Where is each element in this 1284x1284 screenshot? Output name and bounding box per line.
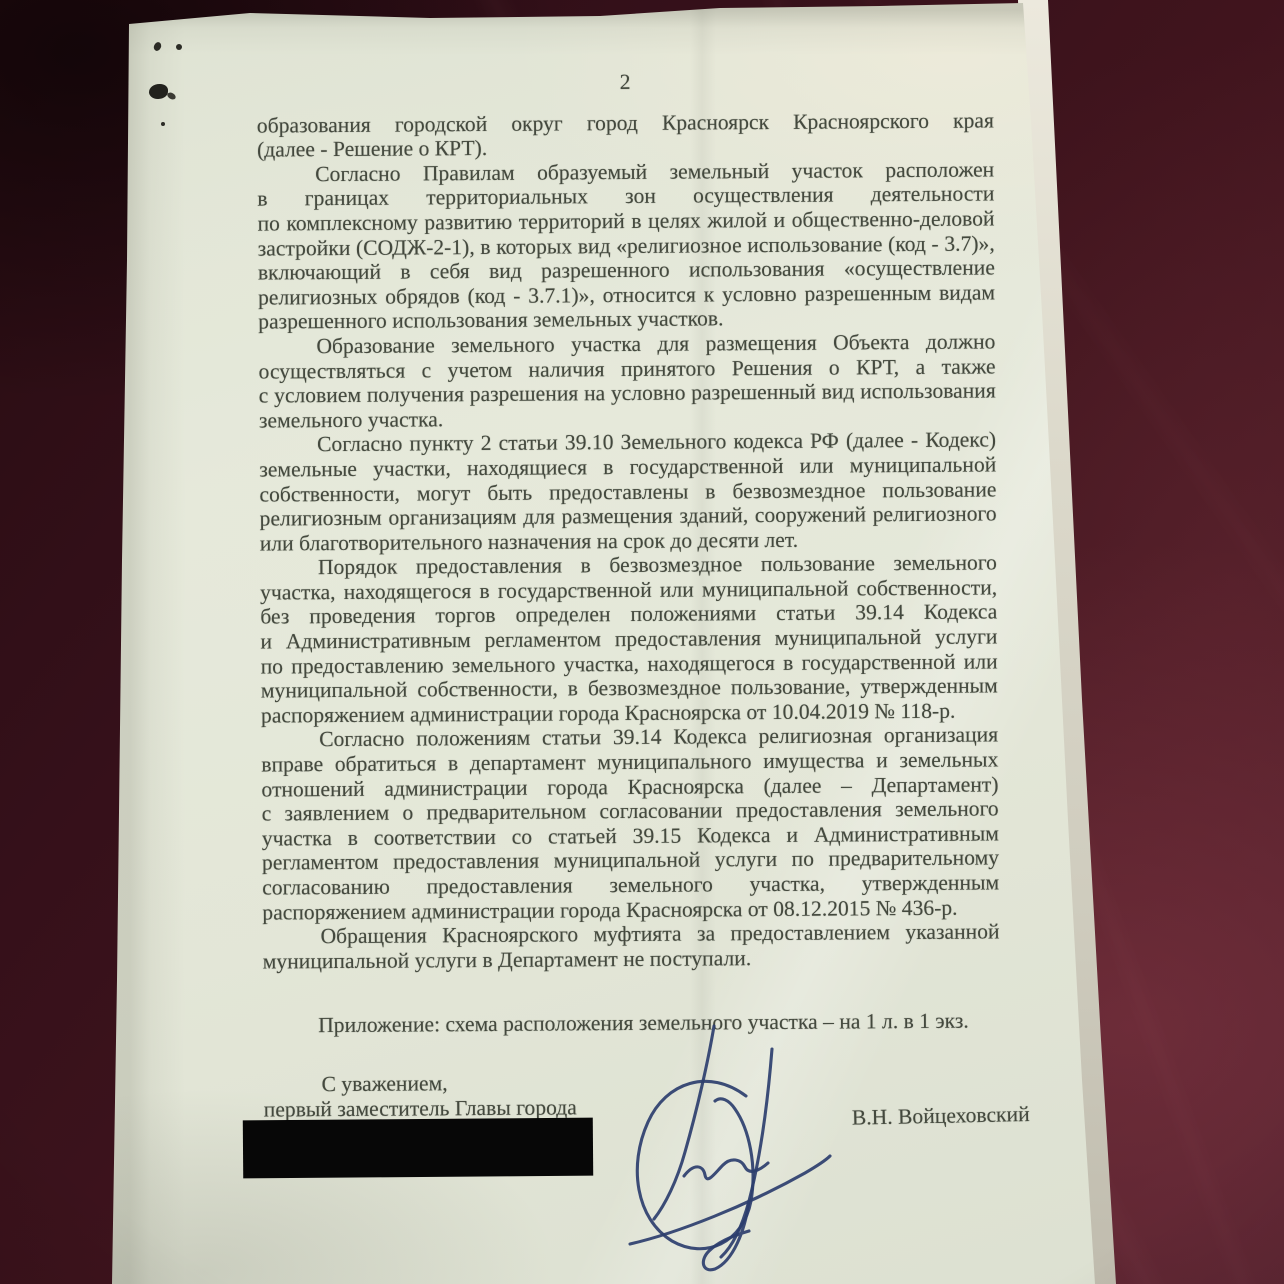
signer-name: В.Н. Войцеховский	[852, 1102, 1030, 1130]
redaction-box	[243, 1118, 593, 1179]
page-number: 2	[256, 67, 993, 97]
ink-speck	[152, 41, 162, 52]
ink-speck	[166, 91, 177, 101]
document-content: 2 образования городской округ город Крас…	[256, 0, 1001, 1122]
body-line: с условием получения разрешения на услов…	[259, 379, 996, 409]
body-line: религиозным организациям для размещения …	[260, 502, 997, 532]
body-line: муниципальной услуги в Департамент не по…	[263, 944, 1000, 974]
document-body: образования городской округ город Красно…	[257, 108, 1000, 974]
desk-background: 2 образования городской округ город Крас…	[0, 0, 1284, 1284]
ink-speck	[149, 84, 168, 99]
handwritten-signature	[596, 1004, 876, 1284]
ink-speck	[161, 122, 165, 126]
body-line: Обращения Красноярского муфтията за пред…	[262, 920, 999, 950]
ink-speck	[176, 44, 182, 50]
